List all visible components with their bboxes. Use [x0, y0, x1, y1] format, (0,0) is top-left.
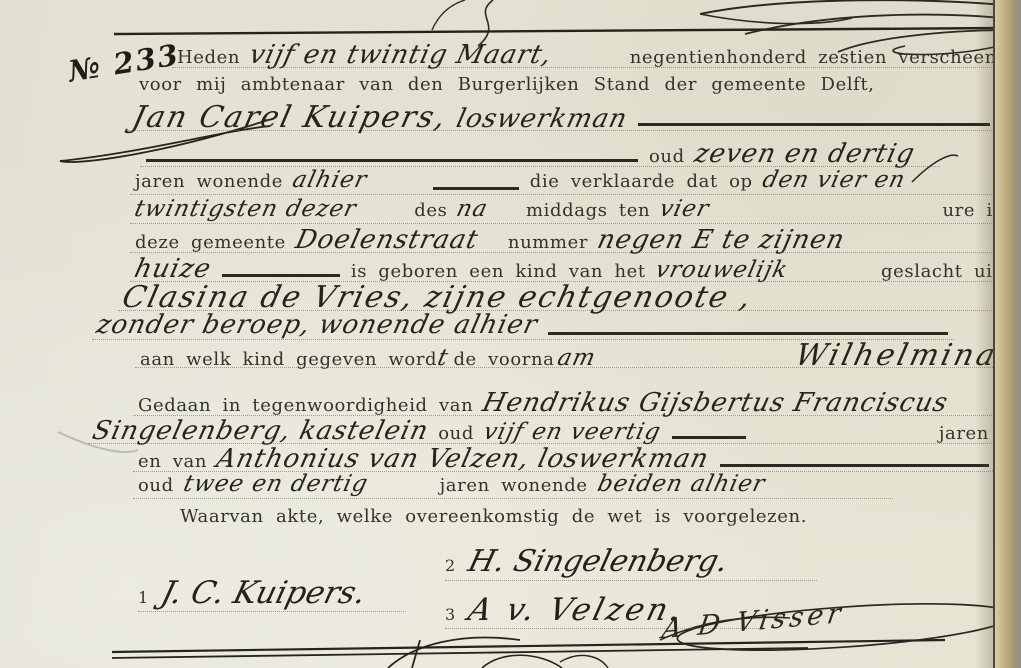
- act-line-residence: jaren wonende alhier die verklaarde dat …: [130, 167, 1010, 195]
- closing-line: Waarvan akte, welke overeenkomstig de we…: [175, 506, 875, 533]
- printed-text: deze gemeente: [135, 232, 286, 253]
- printed-text: is geboren een kind van het: [351, 261, 646, 282]
- handwritten-declarant-name: Jan Carel Kuipers,: [129, 100, 451, 135]
- printed-text: Heden: [177, 47, 240, 68]
- handwritten-witness1-name: Hendrikus Gijsbertus Franciscus: [480, 388, 1015, 418]
- printed-text: oud: [138, 475, 174, 496]
- printed-text: des: [414, 200, 447, 221]
- printed-text: jaren wonende: [135, 171, 283, 192]
- printed-text: die verklaarde dat op: [530, 171, 753, 192]
- handwritten-housenumber: negen E te zijnen: [595, 225, 1009, 255]
- birth-record-page: № 233 Heden vijf en twintig Maart, negen…: [0, 0, 1021, 668]
- handwritten-birthdate-part2: twintigsten dezer: [132, 196, 407, 222]
- act-line-age: oud zeven en dertig: [140, 139, 940, 167]
- act-line-mother-occupation: zonder beroep, wonende alhier: [92, 310, 954, 340]
- printed-text: voor mij ambtenaar van den Burgerlijken …: [139, 74, 875, 95]
- strikethrough-filler: [548, 332, 948, 335]
- handwritten-witness2-age: twee en dertig: [181, 471, 433, 497]
- strikethrough-filler: [638, 123, 990, 126]
- strikethrough-filler: [222, 274, 340, 277]
- book-page-edge: [993, 0, 1021, 668]
- witness-line-2: Singelenberg, kastelein oud vijf en veer…: [88, 416, 994, 444]
- printed-text: jaren wonende: [440, 475, 588, 496]
- printed-text: negentienhonderd zestien verscheen: [630, 47, 997, 68]
- handwritten-birthdate-part1: den vier en: [760, 167, 1008, 193]
- signature-index: 3: [445, 605, 455, 624]
- act-line-child-name: aan welk kind gegeven word t de voorna a…: [135, 338, 1011, 368]
- strikethrough-filler: [672, 436, 746, 439]
- signature-witness-1: 2 H. Singelenberg.: [445, 544, 817, 581]
- signature-van-velzen: A v. Velzen.: [465, 592, 688, 628]
- handwritten-correction-t: t: [435, 345, 451, 371]
- witness-line-1: Gedaan in tegenwoordigheid van Hendrikus…: [133, 388, 1016, 416]
- witness-line-3: en van Anthonius van Velzen, loswerkman: [133, 444, 995, 472]
- handwritten-street: Doelenstraat: [292, 225, 501, 255]
- signature-index: 2: [445, 556, 455, 575]
- act-line-mother: Clasina de Vries, zijne echtgenoote ,: [118, 280, 1016, 311]
- handwritten-name-suffix: am: [555, 345, 599, 371]
- signature-index: 1: [138, 588, 148, 607]
- strikethrough-filler: [146, 159, 638, 162]
- printed-text: oud: [649, 146, 685, 167]
- act-line-registrar: voor mij ambtenaar van den Burgerlijken …: [134, 74, 784, 101]
- printed-text: de voorna: [453, 349, 554, 370]
- act-line-declarant: Jan Carel Kuipers, loswerkman: [128, 100, 996, 131]
- printed-text: aan welk kind gegeven word: [140, 349, 437, 370]
- printed-text: Gedaan in tegenwoordigheid van: [138, 395, 473, 416]
- handwritten-witness1-age: vijf en veertig: [481, 419, 664, 445]
- handwritten-daypart: na: [454, 196, 519, 222]
- handwritten-witness2-name: Anthonius van Velzen, loswerkman: [214, 444, 712, 474]
- signature-declarant: 1 J. C. Kuipers.: [138, 575, 406, 612]
- handwritten-age: zeven en dertig: [691, 139, 938, 169]
- handwritten-witness1-surname-occupation: Singelenberg, kastelein: [90, 416, 432, 446]
- signature-kuipers: J. C. Kuipers.: [158, 575, 370, 611]
- handwritten-date: vijf en twintig Maart,: [247, 40, 624, 70]
- printed-text: en van: [138, 451, 207, 472]
- act-line-address: deze gemeente Doelenstraat nummer negen …: [130, 225, 1010, 253]
- printed-text: nummer: [508, 232, 588, 253]
- signature-singelenberg: H. Singelenberg.: [465, 544, 732, 579]
- printed-text: oud: [438, 423, 474, 444]
- strikethrough-filler: [720, 464, 989, 467]
- act-line-date: Heden vijf en twintig Maart, negentienho…: [172, 40, 1002, 68]
- strikethrough-filler: [433, 187, 519, 190]
- handwritten-mother-occupation: zonder beroep, wonende alhier: [94, 310, 541, 340]
- printed-text: Waarvan akte, welke overeenkomstig de we…: [180, 506, 807, 527]
- page-gutter-shadow: [975, 0, 995, 668]
- act-line-gender: huize is geboren een kind van het vrouwe…: [130, 254, 1012, 282]
- printed-text: middags ten: [526, 200, 650, 221]
- handwritten-residence: alhier: [290, 167, 425, 193]
- handwritten-witnesses-residence: beiden alhier: [595, 471, 768, 497]
- witness-line-4: oud twee en dertig jaren wonende beiden …: [133, 471, 893, 499]
- handwritten-occupation: loswerkman: [453, 104, 630, 134]
- handwritten-child-name: Wilhelmina: [792, 338, 1002, 373]
- handwritten-hour: vier: [657, 196, 812, 222]
- act-line-time: twintigsten dezer des na middags ten vie…: [130, 196, 1010, 224]
